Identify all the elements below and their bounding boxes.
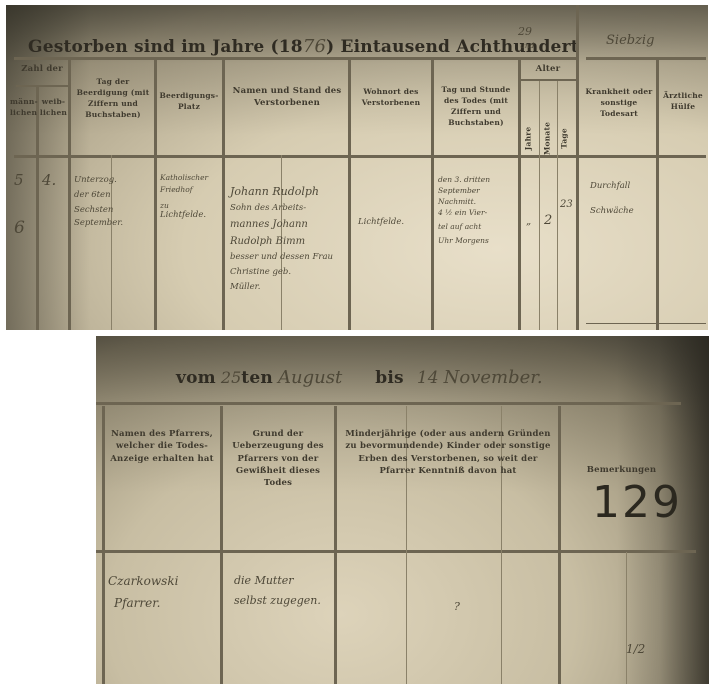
col-divider	[539, 81, 540, 330]
death-date-line: September	[438, 186, 490, 196]
header-weiblichen: weib-lichen	[39, 97, 68, 119]
burial-place-line: Friedhof	[160, 185, 208, 195]
col-divider	[102, 406, 105, 684]
col-divider	[656, 60, 659, 330]
residence: Lichtfelde.	[358, 217, 404, 228]
col-guide	[626, 552, 627, 684]
header-grund: Grund der Ueberzeugung des Pfarrers von …	[224, 428, 332, 490]
age-months: 2	[544, 213, 552, 230]
header-alter: Alter	[520, 63, 576, 75]
header-jahre: Jahre	[524, 123, 535, 153]
cause-line: Schwäche	[590, 206, 634, 217]
deceased-name-and-status: Johann Rudolph Sohn des Arbeits- mannes …	[230, 185, 333, 293]
register-page-top: Gestorben sind im Jahre (1876) Eintausen…	[6, 5, 708, 330]
title-prefix: Gestorben sind im Jahre (18	[28, 37, 303, 57]
col-divider	[431, 60, 434, 330]
title-suffix: ) Eintausend Achthundert	[326, 37, 579, 57]
pfarrer-line: Pfarrer.	[114, 596, 178, 612]
header-namen-stand: Namen und Stand des Verstorbenen	[228, 85, 346, 110]
death-date-line: tel auf acht	[438, 222, 490, 232]
burial-date-line: der 6ten	[74, 190, 123, 201]
death-date-line: den 3. dritten	[438, 175, 490, 185]
title-ten: ten	[241, 368, 273, 388]
header-rule-top	[96, 402, 681, 405]
footer-rule	[586, 323, 706, 324]
alter-rule	[520, 79, 576, 81]
burial-date: Unterzog. der 6ten Sechsten September.	[74, 175, 123, 229]
col-divider	[334, 406, 337, 684]
burial-date-line: Unterzog.	[74, 175, 123, 186]
name-line: Christine geb.	[230, 267, 333, 278]
title-vom: vom	[176, 368, 216, 388]
name-line: besser und dessen Frau	[230, 252, 333, 263]
header-rule-top	[14, 57, 576, 60]
burial-place-line: Katholischer	[160, 173, 208, 183]
title-day-from: 25	[221, 368, 241, 387]
death-date-line: Nachmitt.	[438, 197, 490, 207]
header-wohnort: Wohnort des Verstorbenen	[352, 87, 430, 109]
col-divider	[557, 81, 558, 330]
title-month-from: August	[278, 367, 342, 388]
death-date-and-hour: den 3. dritten September Nachmitt. 4 ½ e…	[438, 175, 490, 246]
register-page-bottom: vom 25ten August bis 14 November. Namen …	[96, 336, 709, 684]
row-number: 6	[14, 217, 25, 239]
col-divider	[68, 60, 71, 330]
death-date-line: Uhr Morgens	[438, 236, 490, 246]
burial-place: Katholischer Friedhof zu Lichtfelde.	[160, 173, 208, 221]
grund-line: die Mutter	[234, 574, 321, 588]
title-bis: bis	[375, 368, 404, 388]
title-numeral: 29	[518, 25, 532, 39]
col-divider	[348, 60, 351, 330]
col-divider	[36, 87, 39, 330]
grund-der-ueberzeugung: die Mutter selbst zugegen.	[234, 574, 321, 609]
pfarrer-line: Czarkowski	[108, 574, 178, 590]
col-divider	[558, 406, 561, 684]
title-month-to: November.	[444, 367, 543, 388]
col-divider	[222, 60, 225, 330]
title-day-to: 14	[417, 368, 439, 388]
header-tag-stunde-todes: Tag und Stunde des Todes (mit Ziffern un…	[435, 85, 517, 129]
header-tag-beerdigung: Tag der Beerdigung (mit Ziffern und Buch…	[74, 77, 152, 121]
header-aerztliche-huelfe: Ärztliche Hülfe	[660, 91, 706, 113]
header-krankheit: Krankheit oder sonstige Todesart	[584, 87, 654, 120]
title-numeral-sub: und	[520, 41, 534, 51]
col-divider	[220, 406, 223, 684]
period-title: vom 25ten August bis 14 November.	[176, 366, 543, 391]
header-maennlichen: männ-lichen	[10, 97, 36, 119]
year-handwritten: 76	[303, 36, 326, 57]
name-line: Müller.	[230, 282, 333, 293]
burial-date-line: Sechsten	[74, 205, 123, 216]
col-divider	[154, 60, 157, 330]
header-beerdigungsplatz: Beerdigungs-Platz	[158, 91, 220, 113]
header-minderjaehrige: Minderjährige (oder aus andern Gründen z…	[340, 428, 556, 477]
pfarrer-name: Czarkowski Pfarrer.	[108, 574, 178, 611]
bemerkungen-value: 1/2	[626, 642, 645, 658]
name-line: Johann Rudolph	[230, 185, 333, 199]
male-count: 5	[14, 171, 24, 191]
burial-place-line: Lichtfelde.	[160, 210, 208, 221]
age-days: 23	[560, 198, 573, 211]
grund-line: selbst zugegen.	[234, 594, 321, 608]
burial-place-line: zu	[160, 201, 208, 211]
name-line: Sohn des Arbeits-	[230, 203, 333, 214]
header-monate: Monate	[543, 121, 554, 155]
death-date-line: 4 ½ ein Vier-	[438, 208, 490, 218]
minderjaehrige-value: ?	[454, 600, 460, 614]
cause-line: Durchfall	[590, 181, 634, 192]
page-gutter	[576, 5, 579, 330]
header-zahl-der: Zahl der	[16, 63, 68, 75]
name-line: Rudolph Bimm	[230, 235, 333, 248]
header-pfarrer-name: Namen des Pfarrers, welcher die Todes-An…	[106, 428, 218, 465]
name-line: mannes Johann	[230, 218, 333, 231]
header-tage: Tage	[560, 125, 571, 151]
age-years: „	[526, 215, 531, 228]
title-right-handwritten: Siebzig	[606, 33, 654, 50]
header-rule-bottom	[96, 550, 696, 553]
header-rule-top-right	[586, 57, 706, 60]
female-count: 4.	[42, 171, 56, 191]
col-divider	[518, 60, 521, 330]
page-title-top: Gestorben sind im Jahre (1876) Eintausen…	[28, 35, 579, 60]
header-rule-bottom	[14, 155, 706, 158]
page-number: 129	[592, 474, 682, 531]
burial-date-line: September.	[74, 218, 123, 229]
cause-of-death: Durchfall Schwäche	[590, 181, 634, 217]
zahl-der-rule	[16, 85, 71, 87]
